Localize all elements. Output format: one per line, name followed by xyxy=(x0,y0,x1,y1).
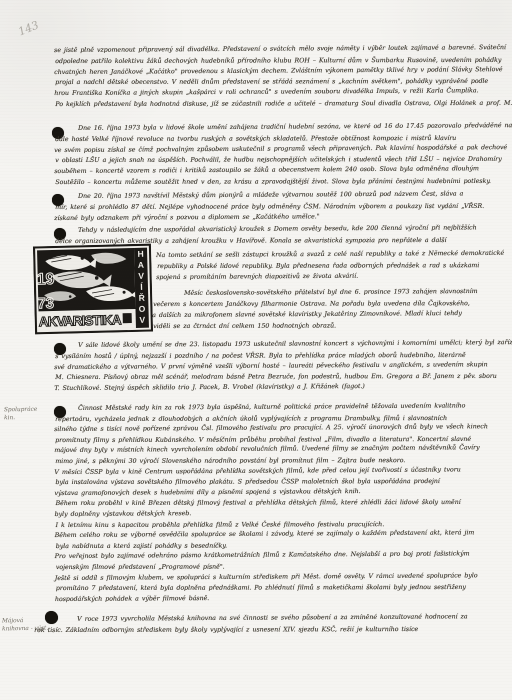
handwritten-line: Dne 16. října 1973 byla v lidové škole u… xyxy=(78,121,512,135)
stamp-title: AKVARISTIKA xyxy=(39,312,122,329)
paragraph-vystava-rijen: Dne 20. října 1973 navštívil Městský dům… xyxy=(54,190,483,224)
handwritten-line: Pro veřejnost bylo zajímavé odehráno pás… xyxy=(55,550,489,563)
handwritten-line: souběhem – koncertě vzorem s rodiči i kr… xyxy=(54,164,512,178)
handwritten-line: T. Stuchlíkové. Stejný úspěch sklidilo t… xyxy=(54,381,512,395)
handwritten-line: rok tisíc. Základním odborným střediskem… xyxy=(34,624,468,636)
handwritten-line: získané byly odznakem při výroční s pozv… xyxy=(54,211,483,225)
scanned-chronicle-page: 143 se jistě plně vzpomenout připravený … xyxy=(0,0,512,700)
fish-linocut-icon: 19 73 AKVARISTIKA H A V Í Ř O V xyxy=(33,244,153,335)
handwritten-line: spojená s promítáním barevných diapoziti… xyxy=(156,270,504,283)
akvaristika-stamp: 19 73 AKVARISTIKA H A V Í Ř O V xyxy=(33,244,153,335)
handwritten-line: Činnost Městské rady kin za rok 1973 byl… xyxy=(78,401,488,414)
svg-text:A: A xyxy=(138,260,144,270)
handwritten-line: Tehdy v následujícím dne uspořádal akvar… xyxy=(78,223,477,236)
svg-text:73: 73 xyxy=(37,295,54,312)
handwritten-line: Na tomto setkání se sešli zástupci krouž… xyxy=(156,248,504,261)
handwritten-line: a dalších za mikrofonem slavné sovětské … xyxy=(152,308,478,321)
handwritten-line: V sále lidové školy umění se dne 23. lis… xyxy=(78,338,512,352)
handwritten-line: Soutěžilo – koncertu můžeme soutěžit hne… xyxy=(55,177,512,189)
handwritten-line: hrou Františka Koníčka a jiných skupin „… xyxy=(54,86,512,100)
svg-text:Ř: Ř xyxy=(139,292,145,303)
handwritten-line: Během celého roku se výborně osvědčila s… xyxy=(55,528,489,541)
paragraph-knihovna: V roce 1973 vyvrcholila Městská knihovna… xyxy=(33,612,468,636)
handwritten-line: Dne 20. října 1973 navštívil Městský dům… xyxy=(78,189,483,202)
paragraph-intro: se jistě plně vzpomenout připravený sál … xyxy=(54,44,512,111)
svg-text:V: V xyxy=(138,271,144,281)
handwritten-line: viděli se za čtrnáct dní celkem 150 hodn… xyxy=(153,320,478,332)
handwritten-line: V roce 1973 vyvrcholila Městská knihovna… xyxy=(77,611,468,625)
handwritten-line: Měsíc československo-sovětského přátelst… xyxy=(184,286,478,299)
margin-note-line: Spolupráce xyxy=(4,406,38,415)
margin-note-line: kin. xyxy=(4,414,38,423)
paragraph-mesic-pratelstvi: Měsíc československo-sovětského přátelst… xyxy=(152,287,478,332)
paragraph-koncert-listopad: V sále lidové školy umění se dne 23. lis… xyxy=(54,339,512,395)
page-number: 143 xyxy=(16,19,40,39)
handwritten-line: se jistě plně vzpomenout připravený sál … xyxy=(54,43,512,57)
handwritten-line: májové dny byly v místních kinech vyvrch… xyxy=(54,444,488,457)
paragraph-cinnost-kin: Činnost Městské rady kin za rok 1973 byl… xyxy=(54,402,489,605)
margin-note-spoluprace-kin: Spolupráce kin. xyxy=(4,406,38,423)
svg-text:V: V xyxy=(139,315,145,325)
paragraph-koncert-rijen: Dne 16. října 1973 byla v lidové škole u… xyxy=(54,122,512,189)
svg-text:O: O xyxy=(139,304,146,314)
svg-text:19: 19 xyxy=(37,271,55,288)
paragraph-akvariste-pokracovani: Na tomto setkání se sešli zástupci krouž… xyxy=(156,248,504,283)
handwritten-line: byly doplněny výstavkou dětských kreseb. xyxy=(54,507,488,520)
svg-text:H: H xyxy=(137,249,143,259)
handwritten-line: Po kejklích představení byla hodnotná di… xyxy=(55,99,512,111)
handwritten-line: hospodářských pohádek a výběr filmové bá… xyxy=(55,592,489,605)
handwritten-line: silného týdne s tisíci nově pořízené zpr… xyxy=(54,422,488,435)
